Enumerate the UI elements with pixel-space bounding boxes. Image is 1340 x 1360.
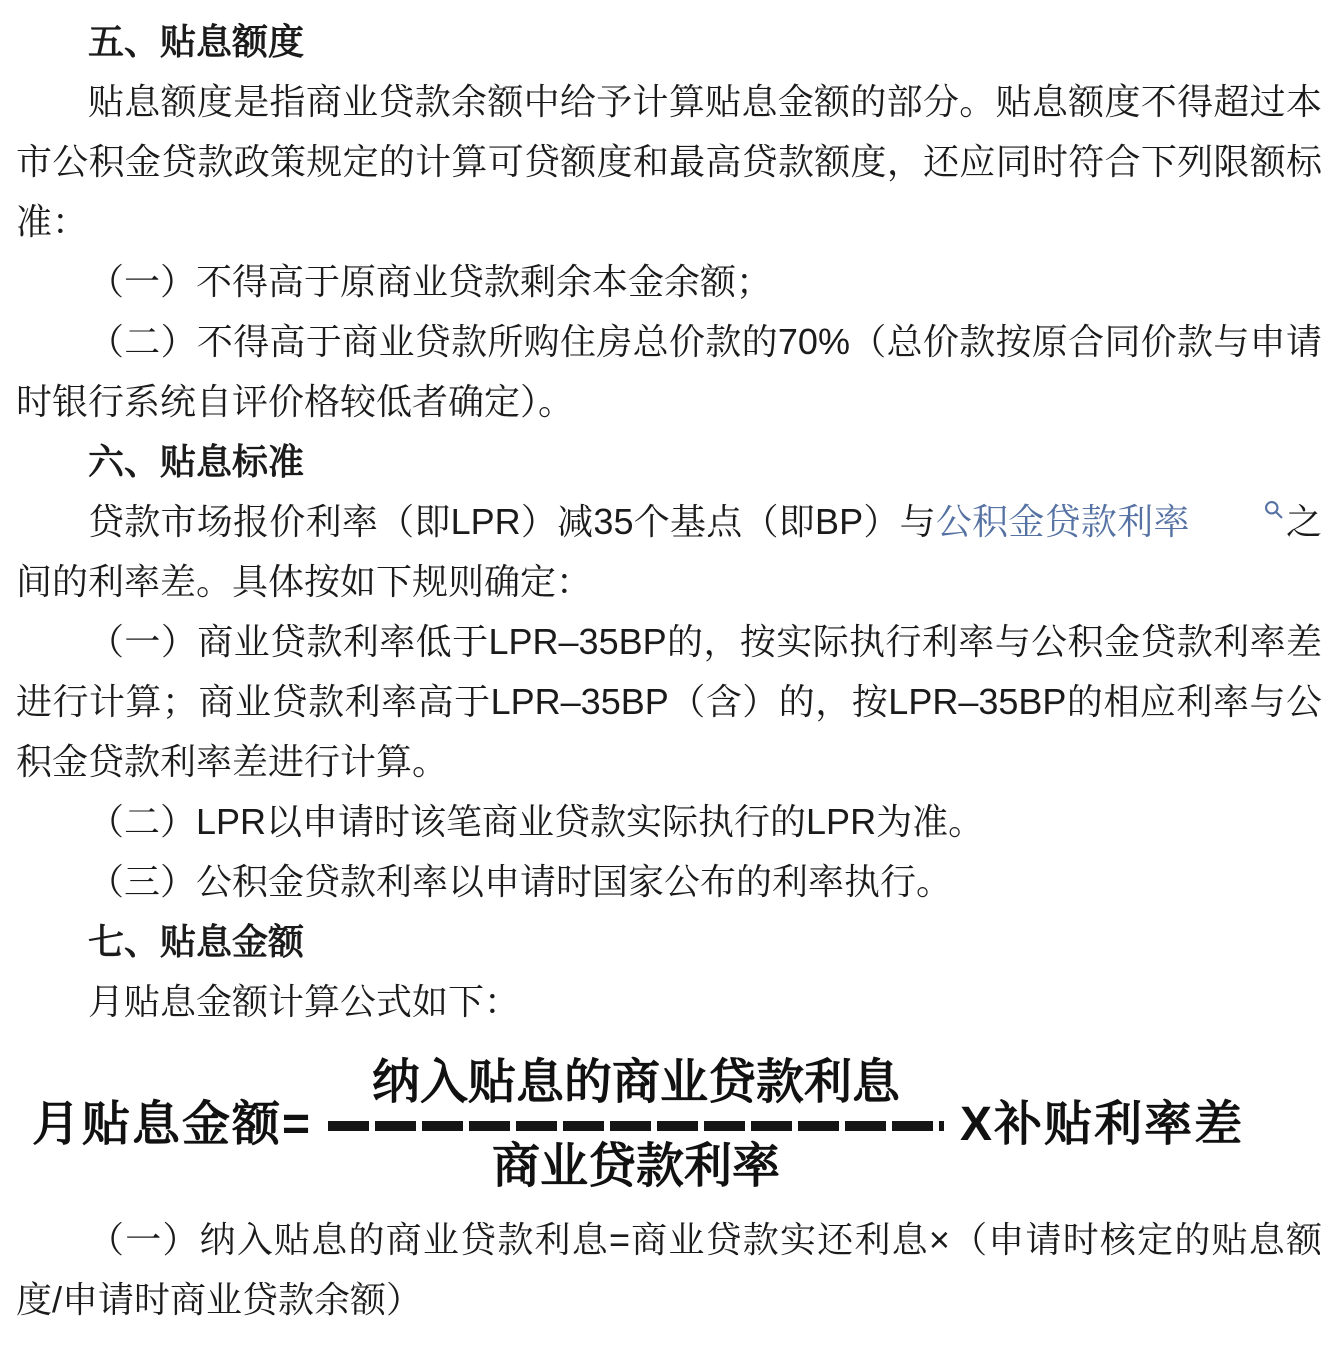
- formula-lhs: 月贴息金额=: [32, 1096, 312, 1154]
- formula-rhs: X补贴利率差: [960, 1096, 1244, 1154]
- fraction-bar: [328, 1121, 944, 1131]
- monthly-subsidy-formula: 月贴息金额= 纳入贴息的商业贷款利息 商业贷款利率 X补贴利率差: [32, 1054, 1322, 1196]
- section-6-heading: 六、贴息标准: [16, 432, 1322, 492]
- section-7-item-1: （一）纳入贴息的商业贷款利息=商业贷款实还利息×（申请时核定的贴息额度/申请时商…: [16, 1210, 1322, 1330]
- section-6-intro: 贷款市场报价利率（即LPR）减35个基点（即BP）与公积金贷款利率之间的利率差。…: [16, 492, 1322, 612]
- section-5-item-2: （二）不得高于商业贷款所购住房总价款的70%（总价款按原合同价款与申请时银行系统…: [16, 312, 1322, 432]
- search-icon[interactable]: [1191, 499, 1284, 520]
- section-6-intro-text-before-link: 贷款市场报价利率（即LPR）减35个基点（即BP）与: [88, 501, 936, 542]
- section-7-heading: 七、贴息金额: [16, 912, 1322, 972]
- formula-denominator: 商业贷款利率: [492, 1138, 780, 1196]
- formula-fraction: 纳入贴息的商业贷款利息 商业贷款利率: [328, 1054, 944, 1196]
- section-5-intro: 贴息额度是指商业贷款余额中给予计算贴息金额的部分。贴息额度不得超过本市公积金贷款…: [16, 72, 1322, 252]
- section-6-item-2: （二）LPR以申请时该笔商业贷款实际执行的LPR为准。: [16, 792, 1322, 852]
- policy-document: 五、贴息额度 贴息额度是指商业贷款余额中给予计算贴息金额的部分。贴息额度不得超过…: [16, 12, 1322, 1330]
- cpf-loan-rate-link[interactable]: 公积金贷款利率: [936, 501, 1190, 542]
- section-7-intro: 月贴息金额计算公式如下：: [16, 972, 1322, 1032]
- formula-numerator: 纳入贴息的商业贷款利息: [372, 1054, 900, 1112]
- section-5-item-1: （一）不得高于原商业贷款剩余本金余额；: [16, 252, 1322, 312]
- section-6-item-3: （三）公积金贷款利率以申请时国家公布的利率执行。: [16, 852, 1322, 912]
- section-6-item-1: （一）商业贷款利率低于LPR–35BP的，按实际执行利率与公积金贷款利率差进行计…: [16, 612, 1322, 792]
- section-5-heading: 五、贴息额度: [16, 12, 1322, 72]
